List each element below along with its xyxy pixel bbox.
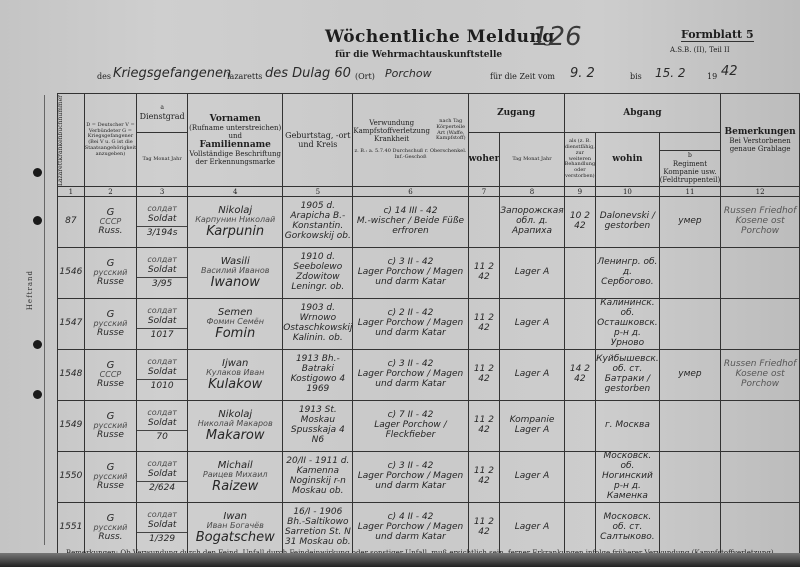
zugang-date: 11 2 42 (468, 401, 500, 452)
des-label: des (97, 72, 111, 81)
bis-label: bis (630, 72, 642, 81)
book-number: 87 (58, 197, 85, 248)
punch-hole (33, 340, 42, 349)
wound-info: c) 3 II - 42 Lager Porchow / Magen und d… (353, 452, 468, 503)
col-header-4: Vornamen (Rufname unterstreichen) und Fa… (188, 94, 283, 187)
remark (721, 248, 800, 299)
year-prefix: 19 (707, 72, 717, 81)
table-row: 1551 G русский Russ. солдатSoldat 1/329 … (58, 503, 800, 554)
book-number: 1546 (58, 248, 85, 299)
to-date: 15. 2 (655, 66, 686, 80)
ort-label: (Ort) (355, 72, 375, 81)
column-number: 2 (84, 187, 136, 197)
column-number: 9 (564, 187, 595, 197)
remark (721, 503, 800, 554)
birth-info: 16/I - 1906 Bh.-Saltikowo Sarretion St. … (283, 503, 353, 554)
col-header-6: Verwundung Kampfstoffverletzung Krankhei… (353, 94, 468, 187)
remark: Russen Friedhof Kosene ost Porchow (721, 350, 800, 401)
table-row: 1548 G СССР Russe солдатSoldat 1010 Ijwa… (58, 350, 800, 401)
punch-hole (33, 168, 42, 177)
col-header-3b: bRegiment Kompanie usw. (Feldtruppenteil… (659, 151, 721, 187)
book-number: 1551 (58, 503, 85, 554)
nationality: G русский Russe (84, 401, 136, 452)
zugang-date: 11 2 42 (468, 248, 500, 299)
col-header-5: Geburtstag, -ort und Kreis (283, 94, 353, 187)
remark: Russen Friedhof Kosene ost Porchow (721, 197, 800, 248)
rank-unit: солдатSoldat 2/624 (137, 452, 188, 503)
wound-info: c) 3 II - 42 Lager Porchow / Magen und d… (353, 350, 468, 401)
abgang-date: 14 2 42 (564, 350, 595, 401)
abgang-date (564, 452, 595, 503)
als-header: als (z. B. dienstfähig, zur weiteren Beh… (564, 133, 595, 187)
zugang-woher: Lager A (500, 452, 564, 503)
column-number: 6 (353, 187, 468, 197)
handwritten-number: 126 (532, 22, 582, 52)
abgang-header: Abgang (564, 94, 721, 133)
table-row: 87 G СССР Russ. солдатSoldat 3/194s Niko… (58, 197, 800, 248)
zugang-woher: Lager A (500, 350, 564, 401)
name: Wasili Василий Иванов Iwanow (188, 248, 283, 299)
remark (721, 452, 800, 503)
abgang-date (564, 503, 595, 554)
scan-edge (0, 553, 800, 567)
wound-info: c) 4 II - 42 Lager Porchow / Magen und d… (353, 503, 468, 554)
ab-tmj-header: Tag Monat Jahr (500, 133, 564, 187)
punch-hole (33, 390, 42, 399)
wound-info: c) 3 II - 42 Lager Porchow / Magen und d… (353, 248, 468, 299)
nationality: G русский Russ. (84, 503, 136, 554)
zugang-woher: Lager A (500, 248, 564, 299)
rank-unit: солдатSoldat 1017 (137, 299, 188, 350)
wohin-header: wohin (596, 133, 660, 187)
abgang-date (564, 299, 595, 350)
zugang-header: Zugang (468, 94, 564, 133)
abgang-wohin: умер (659, 350, 721, 401)
column-numbers: 123456789101112 (58, 187, 800, 197)
name: Semen Фомин Семён Fomin (188, 299, 283, 350)
abgang-wohin (659, 452, 721, 503)
name: Iwan Иван Богачёв Bogatschew (188, 503, 283, 554)
abgang-date (564, 401, 595, 452)
column-number: 12 (721, 187, 800, 197)
abgang-als: Куйбышевск. об. ст. Батраки / gestorben (596, 350, 660, 401)
table-row: 1550 G русский Russe солдатSoldat 2/624 … (58, 452, 800, 503)
table-row: 1549 G русский Russe солдатSoldat 70 Nik… (58, 401, 800, 452)
zugang-date: 11 2 42 (468, 503, 500, 554)
column-number: 1 (58, 187, 85, 197)
document-title: Wöchentliche Meldung (325, 27, 555, 47)
column-number: 7 (468, 187, 500, 197)
formblatt-label: Formblatt 5 (681, 28, 754, 42)
book-number: 1549 (58, 401, 85, 452)
table-row: 1547 G русский Russe солдатSoldat 1017 S… (58, 299, 800, 350)
column-number: 8 (500, 187, 564, 197)
rank-unit: солдатSoldat 70 (137, 401, 188, 452)
birth-info: 1913 Bh.-Batraki Kostigowo 4 1969 (283, 350, 353, 401)
zugang-woher: Lager A (500, 299, 564, 350)
lazaretts-handwritten: des Dulag 60 (265, 66, 351, 81)
period-label: für die Zeit vom (490, 72, 555, 81)
abgang-als: Московск. об. Ногинский р-н д. Каменка (596, 452, 660, 503)
unit-handwritten: Kriegsgefangenen (113, 66, 231, 81)
zugang-date: 11 2 42 (468, 299, 500, 350)
name: Nikolaj Карпунин Николай Karpunin (188, 197, 283, 248)
name: Ijwan Кулаков Иван Kulakow (188, 350, 283, 401)
rank-unit: солдатSoldat 1/329 (137, 503, 188, 554)
abgang-wohin (659, 248, 721, 299)
abgang-wohin (659, 401, 721, 452)
wound-info: c) 2 II - 42 Lager Porchow / Magen und d… (353, 299, 468, 350)
zugang-woher: Запорожская обл. д. Арапиха (500, 197, 564, 248)
rank-unit: солдатSoldat 3/194s (137, 197, 188, 248)
nationality: G русский Russe (84, 248, 136, 299)
nationality: G СССР Russe (84, 350, 136, 401)
name: Nikolaj Николай Макаров Makarow (188, 401, 283, 452)
birth-info: 20/II - 1911 d. Kamenna Noginskij r-n Mo… (283, 452, 353, 503)
abgang-date: 10 2 42 (564, 197, 595, 248)
birth-info: 1913 St. Moskau Spusskaja 4 N6 (283, 401, 353, 452)
rank-unit: солдатSoldat 1010 (137, 350, 188, 401)
col-header-12: Bemerkungen Bei Verstorbenen genaue Grab… (721, 94, 800, 187)
col-header-3a: aDienstgrad (137, 94, 188, 133)
book-number: 1550 (58, 452, 85, 503)
zugang-woher: Lager A (500, 503, 564, 554)
column-number: 4 (188, 187, 283, 197)
column-number: 5 (283, 187, 353, 197)
zug-tmj-header: Tag Monat Jahr (137, 133, 188, 187)
wound-info: c) 7 II - 42 Lager Porchow / Fleckfieber (353, 401, 468, 452)
zugang-date: 11 2 42 (468, 452, 500, 503)
table-row: 1546 G русский Russe солдатSoldat 3/95 W… (58, 248, 800, 299)
rank-unit: солдатSoldat 3/95 (137, 248, 188, 299)
abgang-wohin (659, 503, 721, 554)
zugang-date (468, 197, 500, 248)
report-table: Lazarettkrankenbuchnummer D = Deutscher … (57, 93, 800, 554)
year-suffix: 42 (721, 64, 738, 79)
nationality: G СССР Russ. (84, 197, 136, 248)
place-value: Porchow (385, 67, 432, 80)
document-subtitle: für die Wehrmachtauskunftstelle (335, 50, 502, 60)
nationality: G русский Russe (84, 299, 136, 350)
from-date: 9. 2 (570, 66, 595, 81)
zugang-woher: Kompanie Lager A (500, 401, 564, 452)
book-number: 1548 (58, 350, 85, 401)
abgang-als: Московск. об. ст. Салтыково. (596, 503, 660, 554)
margin-label: Heftrand (26, 270, 34, 310)
birth-info: 1910 d. Seebolewo Zdowitow Leningr. ob. (283, 248, 353, 299)
abgang-als: Калининск. об. Осташковск. р-н д. Урново (596, 299, 660, 350)
col-header-1: Lazarettkrankenbuchnummer (58, 94, 85, 187)
woher-header: woher (468, 133, 500, 187)
punch-hole (33, 216, 42, 225)
zugang-date: 11 2 42 (468, 350, 500, 401)
formblatt-ref: A.S.B. (II), Teil II (670, 46, 730, 54)
birth-info: 1905 d. Arapicha B.-Konstantin. Gorkowsk… (283, 197, 353, 248)
abgang-wohin: умер (659, 197, 721, 248)
abgang-als: Ленингр. об. д. Сербогово. (596, 248, 660, 299)
document-sheet: Heftrand Wöchentliche Meldung für die We… (0, 0, 800, 567)
column-number: 10 (596, 187, 660, 197)
name: Michail Раицев Михаил Raizew (188, 452, 283, 503)
nationality: G русский Russe (84, 452, 136, 503)
abgang-als: Dalonevski / gestorben (596, 197, 660, 248)
remark (721, 299, 800, 350)
margin-line (44, 95, 45, 545)
book-number: 1547 (58, 299, 85, 350)
abgang-wohin (659, 299, 721, 350)
remark (721, 401, 800, 452)
column-number: 11 (659, 187, 721, 197)
birth-info: 1903 d. Wrnowo Ostaschkowskij Kalinin. o… (283, 299, 353, 350)
abgang-date (564, 248, 595, 299)
abgang-als: г. Москва (596, 401, 660, 452)
column-number: 3 (137, 187, 188, 197)
lazaretts-label: lazaretts (227, 72, 262, 81)
col-header-2: D = Deutscher V = Verbündeter G = Kriegs… (84, 94, 136, 187)
wound-info: c) 14 III - 42 M.-wischer / Beide Füße e… (353, 197, 468, 248)
